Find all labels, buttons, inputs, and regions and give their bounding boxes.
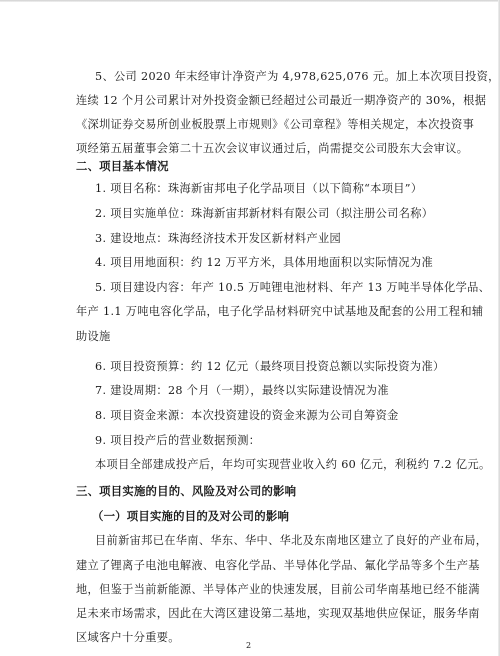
list-item-funding-source: 8. 项目资金来源：本次投资建设的资金来源为公司自筹资金 (95, 409, 399, 423)
text-line: 建立了锂离子电池电解液、电容化学品、半导体化学品、氟化学品等多个生产基 (76, 559, 426, 573)
page-number: 2 (246, 641, 251, 651)
list-item-investment-budget: 6. 项目投资预算：约 12 亿元（最终项目投资总额以实际投资为准） (95, 360, 445, 374)
text-line: 连续 12 个月公司累计对外投资金额已经超过公司最近一期净资产的 30%，根据 (76, 94, 426, 108)
list-item-implementing-unit: 2. 项目实施单位：珠海新宙邦新材料有限公司（拟注册公司名称） (95, 207, 433, 221)
section-heading-purpose-risk-impact: 三、项目实施的目的、风险及对公司的影响 (76, 484, 296, 498)
section-heading-project-basics: 二、项目基本情况 (76, 159, 169, 173)
text-line: 《深圳证券交易所创业板股票上市规则》《公司章程》等相关规定，本次投资事 (76, 118, 426, 132)
forecast-statement: 本项目全部建成投产后，年均可实现营业收入约 60 亿元，利税约 7.2 亿元。 (95, 458, 491, 472)
text-line: 地，但鉴于当前新能源、半导体产业的快速发展，目前公司华南基地已经不能满 (76, 583, 426, 597)
list-item-project-name: 1. 项目名称：珠海新宙邦电子化学品项目（以下简称“本项目”） (95, 182, 422, 196)
text-line: 5. 项目建设内容：年产 10.5 万吨锂电池材料、年产 13 万吨半导体化学品… (95, 281, 490, 295)
text-line: 年产 1.1 万吨电容化学品，电子化学品材料研究中试基地及配套的公用工程和辅 (76, 305, 426, 319)
list-item-construction-period: 7. 建设周期：28 个月（一期），最终以实际建设情况为准 (95, 384, 389, 398)
list-item-operating-forecast: 9. 项目投产后的营业数据预测： (95, 434, 260, 448)
text-line: 足未来市场需求，因此在大湾区建设第二基地，实现双基地供应保证，服务华南 (76, 607, 426, 621)
text-line: 区域客户十分重要。 (76, 631, 180, 645)
text-line: 5、公司 2020 年末经审计净资产为 4,978,625,076 元。加上本次… (95, 70, 500, 84)
text-line: 助设施 (76, 330, 111, 344)
text-line: 项经第五届董事会第二十五次会议审议通过后，尚需提交公司股东大会审议。 (76, 142, 468, 156)
document-page: 5、公司 2020 年末经审计净资产为 4,978,625,076 元。加上本次… (0, 0, 500, 656)
list-item-land-area: 4. 项目用地面积：约 12 万平方米，具体用地面积以实际情况为准 (95, 256, 433, 270)
list-item-location: 3. 建设地点：珠海经济技术开发区新材料产业园 (95, 232, 341, 246)
subsection-heading-purpose-impact: （一）项目实施的目的及对公司的影响 (92, 509, 289, 523)
text-line: 目前新宙邦已在华南、华东、华中、华北及东南地区建立了良好的产业布局， (95, 534, 487, 548)
